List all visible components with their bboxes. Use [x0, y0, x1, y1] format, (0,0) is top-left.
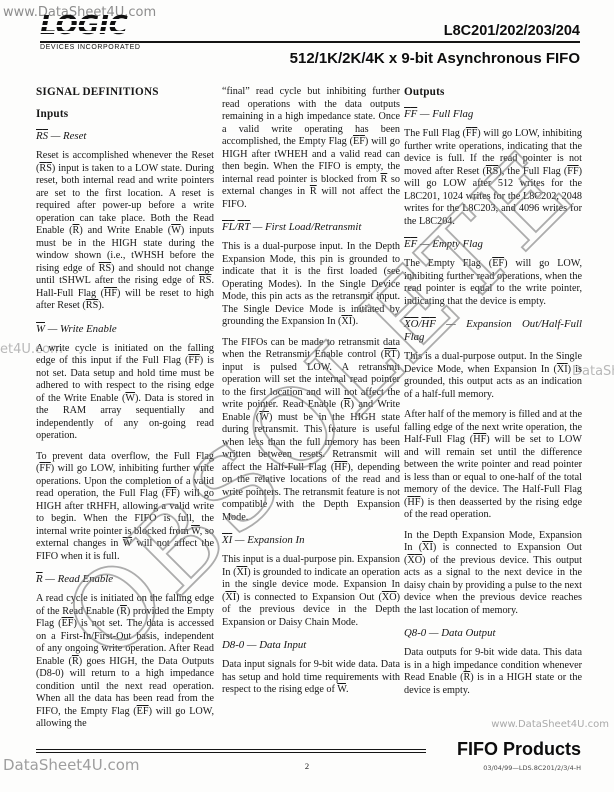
- part-number: L8C201/202/203/204: [444, 23, 580, 39]
- signal-heading-r: R — Read Enable: [36, 573, 214, 586]
- logo-stripe: [37, 31, 129, 33]
- signal-heading-flrt: FL/RT — First Load/Retransmit: [222, 221, 400, 234]
- paragraph: The Empty Flag (EF) will go LOW, inhibit…: [404, 258, 582, 308]
- paragraph: In the Depth Expansion Mode, Expansion I…: [404, 530, 582, 618]
- column-right: Outputs FF — Full Flag The Full Flag (FF…: [404, 86, 582, 705]
- header-divider: [40, 41, 580, 43]
- signal-heading-xohf: XO/HF — Expansion Out/Half-Full Flag: [404, 318, 582, 344]
- product-family-label: FIFO Products: [457, 739, 581, 760]
- datasheet-page: www.DataSheet4U.com et4U.com DataShe www…: [0, 0, 614, 792]
- signal-heading-d80: D8-0 — Data Input: [222, 639, 400, 652]
- signal-heading-ff: FF — Full Flag: [404, 108, 582, 121]
- signal-heading-ef: EF — Empty Flag: [404, 238, 582, 251]
- group-heading-outputs: Outputs: [404, 86, 582, 99]
- paragraph: The Full Flag (FF) will go LOW, inhibiti…: [404, 128, 582, 228]
- paragraph: This is a dual-purpose output. In the Si…: [404, 351, 582, 401]
- logo-stripe: [37, 19, 129, 21]
- column-middle: “final” read cycle but inhibiting furthe…: [222, 86, 400, 705]
- paragraph: Reset is accomplished whenever the Reset…: [36, 150, 214, 313]
- paragraph: A write cycle is initiated on the fallin…: [36, 343, 214, 443]
- logic-logo: LOGIC: [40, 13, 126, 40]
- paragraph: This input is a dual-purpose pin. Expans…: [222, 554, 400, 629]
- document-code: 03/04/99—LDS.8C201/2/3/4-H: [483, 764, 581, 772]
- signal-heading-q80: Q8-0 — Data Output: [404, 627, 582, 640]
- group-heading-inputs: Inputs: [36, 108, 214, 121]
- column-left: SIGNAL DEFINITIONS Inputs RS — Reset Res…: [36, 86, 214, 739]
- paragraph: The FIFOs can be made to retransmit data…: [222, 337, 400, 525]
- logo-subtitle: DEVICES INCORPORATED: [40, 44, 141, 51]
- logo-stripe: [37, 25, 129, 27]
- paragraph: Data input signals for 9-bit wide data. …: [222, 659, 400, 697]
- paragraph: A read cycle is initiated on the falling…: [36, 593, 214, 731]
- section-title: SIGNAL DEFINITIONS: [36, 86, 214, 99]
- footer-divider: [36, 749, 426, 753]
- page-title: 512/1K/2K/4K x 9-bit Asynchronous FIFO: [290, 50, 580, 67]
- watermark-above-footer: www.DataSheet4U.com: [491, 719, 609, 730]
- signal-heading-xi: XI — Expansion In: [222, 534, 400, 547]
- paragraph: To prevent data overflow, the Full Flag …: [36, 451, 214, 564]
- signal-heading-rs: RS — Reset: [36, 130, 214, 143]
- paragraph: Data outputs for 9-bit wide data. This d…: [404, 647, 582, 697]
- paragraph: “final” read cycle but inhibiting furthe…: [222, 86, 400, 211]
- paragraph: This is a dual-purpose input. In the Dep…: [222, 241, 400, 329]
- paragraph: After half of the memory is filled and a…: [404, 409, 582, 522]
- signal-heading-w: W — Write Enable: [36, 323, 214, 336]
